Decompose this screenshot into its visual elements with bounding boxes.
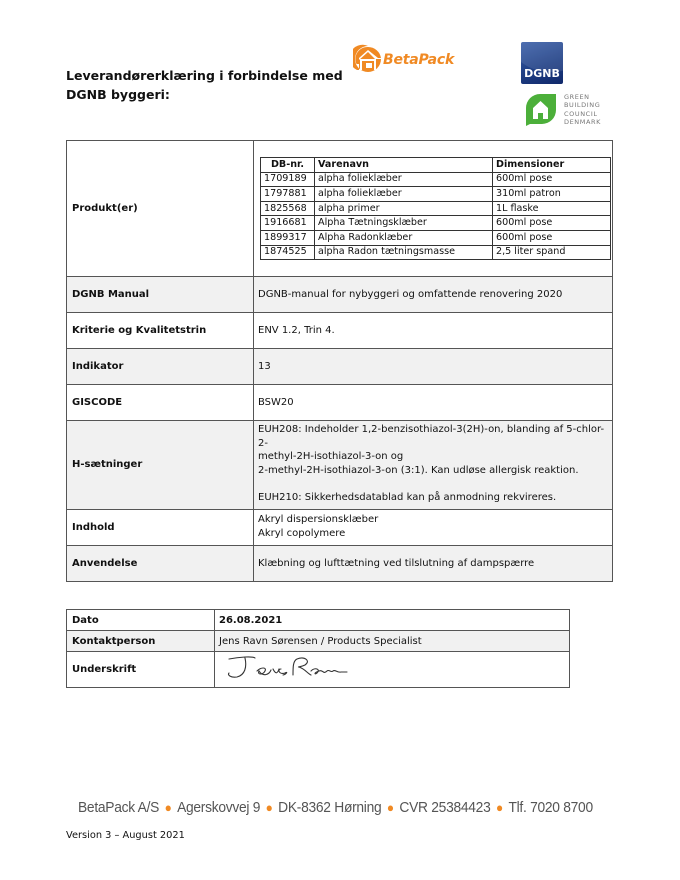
signature-table: Dato 26.08.2021 Kontaktperson Jens Ravn … xyxy=(66,609,570,688)
product-dimension: 2,5 liter spand xyxy=(493,245,611,260)
row-indikator: Indikator 13 xyxy=(67,349,613,385)
house-icon xyxy=(353,44,383,74)
row-indhold: Indhold Akryl dispersionsklæber Akryl co… xyxy=(67,509,613,545)
indhold-line-1: Akryl dispersionsklæber xyxy=(258,513,612,527)
product-db-nr: 1874525 xyxy=(261,245,315,260)
product-db-nr: 1825568 xyxy=(261,201,315,216)
product-db-nr: 1899317 xyxy=(261,230,315,245)
row-h-saetninger: H-sætninger EUH208: Indeholder 1,2-benzi… xyxy=(67,421,613,510)
title-line-1: Leverandørerklæring i forbindelse med xyxy=(66,66,343,85)
product-table-body: 1709189alpha folieklæber600ml pose179788… xyxy=(261,172,611,260)
version-label: Version 3 – August 2021 xyxy=(66,830,185,841)
label-giscode: GISCODE xyxy=(67,385,254,421)
row-dgnb-manual: DGNB Manual DGNB-manual for nybyggeri og… xyxy=(67,277,613,313)
bullet-icon: ● xyxy=(260,800,278,815)
col-varenavn: Varenavn xyxy=(315,158,493,173)
value-anvendelse: Klæbning og lufttætning ved tilslutning … xyxy=(254,545,613,581)
betapack-logo: BetaPack xyxy=(353,44,473,76)
label-kontaktperson: Kontaktperson xyxy=(67,631,215,652)
label-kriterie: Kriterie og Kvalitetstrin xyxy=(67,313,254,349)
label-produkter: Produkt(er) xyxy=(67,141,254,277)
product-dimension: 600ml pose xyxy=(493,230,611,245)
product-name: Alpha Tætningsklæber xyxy=(315,216,493,231)
product-dimension: 600ml pose xyxy=(493,216,611,231)
product-name: alpha primer xyxy=(315,201,493,216)
h-line-5: EUH210: Sikkerhedsdatablad kan på anmodn… xyxy=(258,491,612,505)
row-anvendelse: Anvendelse Klæbning og lufttætning ved t… xyxy=(67,545,613,581)
product-name: Alpha Radonklæber xyxy=(315,230,493,245)
row-kriterie: Kriterie og Kvalitetstrin ENV 1.2, Trin … xyxy=(67,313,613,349)
value-indikator: 13 xyxy=(254,349,613,385)
bullet-icon: ● xyxy=(490,800,508,815)
product-name: alpha Radon tætningsmasse xyxy=(315,245,493,260)
bullet-icon: ● xyxy=(159,800,177,815)
value-dgnb-manual: DGNB-manual for nybyggeri og omfattende … xyxy=(254,277,613,313)
signature-image xyxy=(219,653,349,683)
value-kontaktperson: Jens Ravn Sørensen / Products Specialist xyxy=(215,631,570,652)
product-row: 1874525alpha Radon tætningsmasse2,5 lite… xyxy=(261,245,611,260)
col-dimensioner: Dimensioner xyxy=(493,158,611,173)
value-giscode: BSW20 xyxy=(254,385,613,421)
h-line-1: EUH208: Indeholder 1,2-benzisothiazol-3(… xyxy=(258,423,612,450)
product-row: 1899317Alpha Radonklæber600ml pose xyxy=(261,230,611,245)
label-h-saetninger: H-sætninger xyxy=(67,421,254,510)
value-underskrift xyxy=(215,652,570,688)
dgnb-wordmark: DGNB xyxy=(521,67,563,80)
label-anvendelse: Anvendelse xyxy=(67,545,254,581)
label-dgnb-manual: DGNB Manual xyxy=(67,277,254,313)
row-dato: Dato 26.08.2021 xyxy=(67,610,570,631)
product-db-nr: 1916681 xyxy=(261,216,315,231)
bullet-icon: ● xyxy=(381,800,399,815)
product-row: 1797881alpha folieklæber310ml patron xyxy=(261,187,611,202)
footer-address: Agerskovvej 9 xyxy=(177,799,260,816)
product-db-nr: 1709189 xyxy=(261,172,315,187)
title-line-2: DGNB byggeri: xyxy=(66,85,343,104)
product-dimension: 1L flaske xyxy=(493,201,611,216)
value-h-saetninger: EUH208: Indeholder 1,2-benzisothiazol-3(… xyxy=(254,421,613,510)
betapack-wordmark: BetaPack xyxy=(383,52,454,68)
label-underskrift: Underskrift xyxy=(67,652,215,688)
product-dimension: 600ml pose xyxy=(493,172,611,187)
label-dato: Dato xyxy=(67,610,215,631)
footer-city: DK-8362 Hørning xyxy=(278,799,381,816)
company-footer: BetaPack A/S●Agerskovvej 9●DK-8362 Hørni… xyxy=(78,799,593,816)
product-table: DB-nr. Varenavn Dimensioner 1709189alpha… xyxy=(260,157,611,260)
product-row: 1825568alpha primer1L flaske xyxy=(261,201,611,216)
row-kontaktperson: Kontaktperson Jens Ravn Sørensen / Produ… xyxy=(67,631,570,652)
label-indhold: Indhold xyxy=(67,509,254,545)
value-kriterie: ENV 1.2, Trin 4. xyxy=(254,313,613,349)
row-produkter: Produkt(er) DB-nr. Varenavn Dimensioner … xyxy=(67,141,613,277)
value-indhold: Akryl dispersionsklæber Akryl copolymere xyxy=(254,509,613,545)
product-dimension: 310ml patron xyxy=(493,187,611,202)
gbc-denmark-logo: GREEN BUILDING COUNCIL DENMARK xyxy=(522,92,622,128)
footer-phone: Tlf. 7020 8700 xyxy=(508,799,592,816)
product-row: 1916681Alpha Tætningsklæber600ml pose xyxy=(261,216,611,231)
dgnb-logo: DGNB xyxy=(521,42,563,84)
document-title: Leverandørerklæring i forbindelse med DG… xyxy=(66,66,343,104)
footer-cvr: CVR 25384423 xyxy=(399,799,490,816)
declaration-table: Produkt(er) DB-nr. Varenavn Dimensioner … xyxy=(66,140,613,582)
row-underskrift: Underskrift xyxy=(67,652,570,688)
label-indikator: Indikator xyxy=(67,349,254,385)
product-table-header: DB-nr. Varenavn Dimensioner xyxy=(261,158,611,173)
indhold-line-2: Akryl copolymere xyxy=(258,527,612,541)
product-db-nr: 1797881 xyxy=(261,187,315,202)
h-line-blank xyxy=(258,478,612,492)
gbc-wordmark: GREEN BUILDING COUNCIL DENMARK xyxy=(564,93,601,126)
row-giscode: GISCODE BSW20 xyxy=(67,385,613,421)
h-line-3: 2-methyl-2H-isothiazol-3-on (3:1). Kan u… xyxy=(258,464,612,478)
value-produkter: DB-nr. Varenavn Dimensioner 1709189alpha… xyxy=(254,141,613,277)
value-dato: 26.08.2021 xyxy=(215,610,570,631)
col-db-nr: DB-nr. xyxy=(261,158,315,173)
product-name: alpha folieklæber xyxy=(315,187,493,202)
leaf-house-icon xyxy=(522,92,558,128)
product-name: alpha folieklæber xyxy=(315,172,493,187)
h-line-2: methyl-2H-isothiazol-3-on og xyxy=(258,450,612,464)
product-row: 1709189alpha folieklæber600ml pose xyxy=(261,172,611,187)
footer-company: BetaPack A/S xyxy=(78,799,159,816)
